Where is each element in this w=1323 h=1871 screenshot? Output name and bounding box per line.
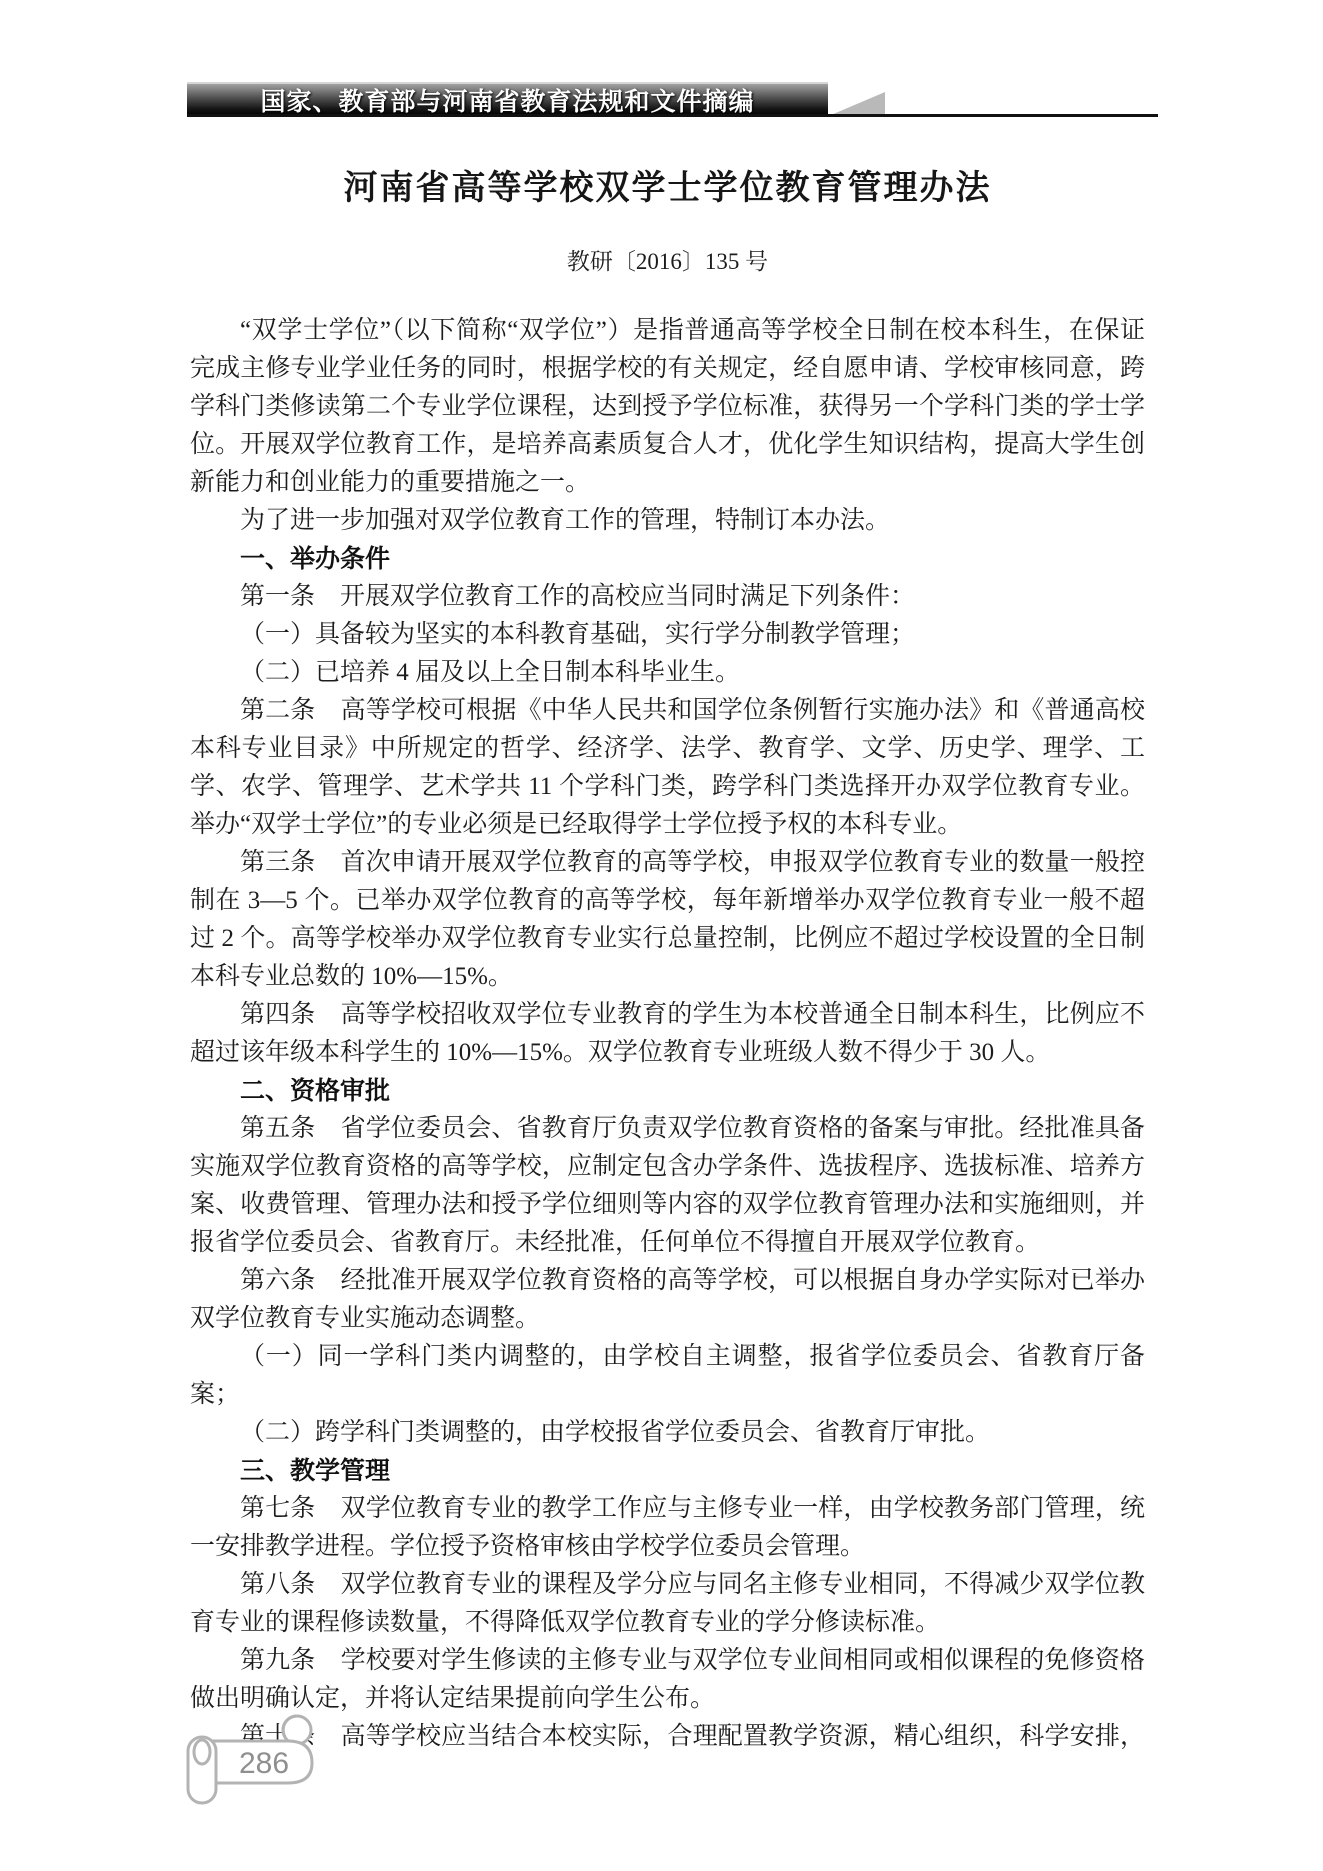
paragraph: “双学士学位”（以下简称“双学位”）是指普通高等学校全日制在校本科生，在保证完成… bbox=[190, 312, 1145, 502]
scroll-left-roll bbox=[188, 1737, 216, 1803]
header-arrow-icon bbox=[831, 92, 885, 115]
header-banner: 国家、教育部与河南省教育法规和文件摘编 bbox=[187, 82, 828, 116]
paragraph: 第一条 开展双学位教育工作的高校应当同时满足下列条件： bbox=[190, 578, 1145, 616]
header-rule bbox=[187, 114, 1158, 117]
page-number: 286 bbox=[239, 1747, 289, 1780]
paragraph: （一）同一学科门类内调整的，由学校自主调整，报省学位委员会、省教育厅备案； bbox=[190, 1338, 1145, 1414]
paragraph: 第六条 经批准开展双学位教育资格的高等学校，可以根据自身办学实际对已举办双学位教… bbox=[190, 1262, 1145, 1338]
section-heading: 一、举办条件 bbox=[190, 540, 1145, 578]
paragraph: 第四条 高等学校招收双学位专业教育的学生为本校普通全日制本科生，比例应不超过该年… bbox=[190, 996, 1145, 1072]
section-heading: 三、教学管理 bbox=[190, 1452, 1145, 1490]
paragraph: 第八条 双学位教育专业的课程及学分应与同名主修专业相同，不得减少双学位教育专业的… bbox=[190, 1566, 1145, 1642]
document-body: “双学士学位”（以下简称“双学位”）是指普通高等学校全日制在校本科生，在保证完成… bbox=[190, 312, 1145, 1794]
paragraph: （一）具备较为坚实的本科教育基础，实行学分制教学管理； bbox=[190, 616, 1145, 654]
paragraph: 第三条 首次申请开展双学位教育的高等学校，申报双学位教育专业的数量一般控制在 3… bbox=[190, 844, 1145, 996]
paragraph: 第九条 学校要对学生修读的主修专业与双学位专业间相同或相似课程的免修资格做出明确… bbox=[190, 1642, 1145, 1718]
page-scroll-icon: 286 bbox=[176, 1711, 328, 1811]
paragraph: 为了进一步加强对双学位教育工作的管理，特制订本办法。 bbox=[190, 502, 1145, 540]
document-title: 河南省高等学校双学士学位教育管理办法 bbox=[190, 160, 1145, 209]
paragraph: 第二条 高等学校可根据《中华人民共和国学位条例暂行实施办法》和《普通高校本科专业… bbox=[190, 692, 1145, 844]
paragraph: 第五条 省学位委员会、省教育厅负责双学位教育资格的备案与审批。经批准具备实施双学… bbox=[190, 1110, 1145, 1262]
paragraph: 第十条 高等学校应当结合本校实际，合理配置教学资源，精心组织，科学安排，确保建 bbox=[190, 1718, 1145, 1794]
paragraph: 第七条 双学位教育专业的教学工作应与主修专业一样，由学校教务部门管理，统一安排教… bbox=[190, 1490, 1145, 1566]
header-banner-title: 国家、教育部与河南省教育法规和文件摘编 bbox=[260, 82, 754, 118]
paragraph: （二）跨学科门类调整的，由学校报省学位委员会、省教育厅审批。 bbox=[190, 1414, 1145, 1452]
section-heading: 二、资格审批 bbox=[190, 1072, 1145, 1110]
document-number: 教研〔2016〕135 号 bbox=[190, 243, 1145, 276]
document-page: 国家、教育部与河南省教育法规和文件摘编 河南省高等学校双学士学位教育管理办法 教… bbox=[0, 0, 1323, 1871]
paragraph: （二）已培养 4 届及以上全日制本科毕业生。 bbox=[190, 654, 1145, 692]
